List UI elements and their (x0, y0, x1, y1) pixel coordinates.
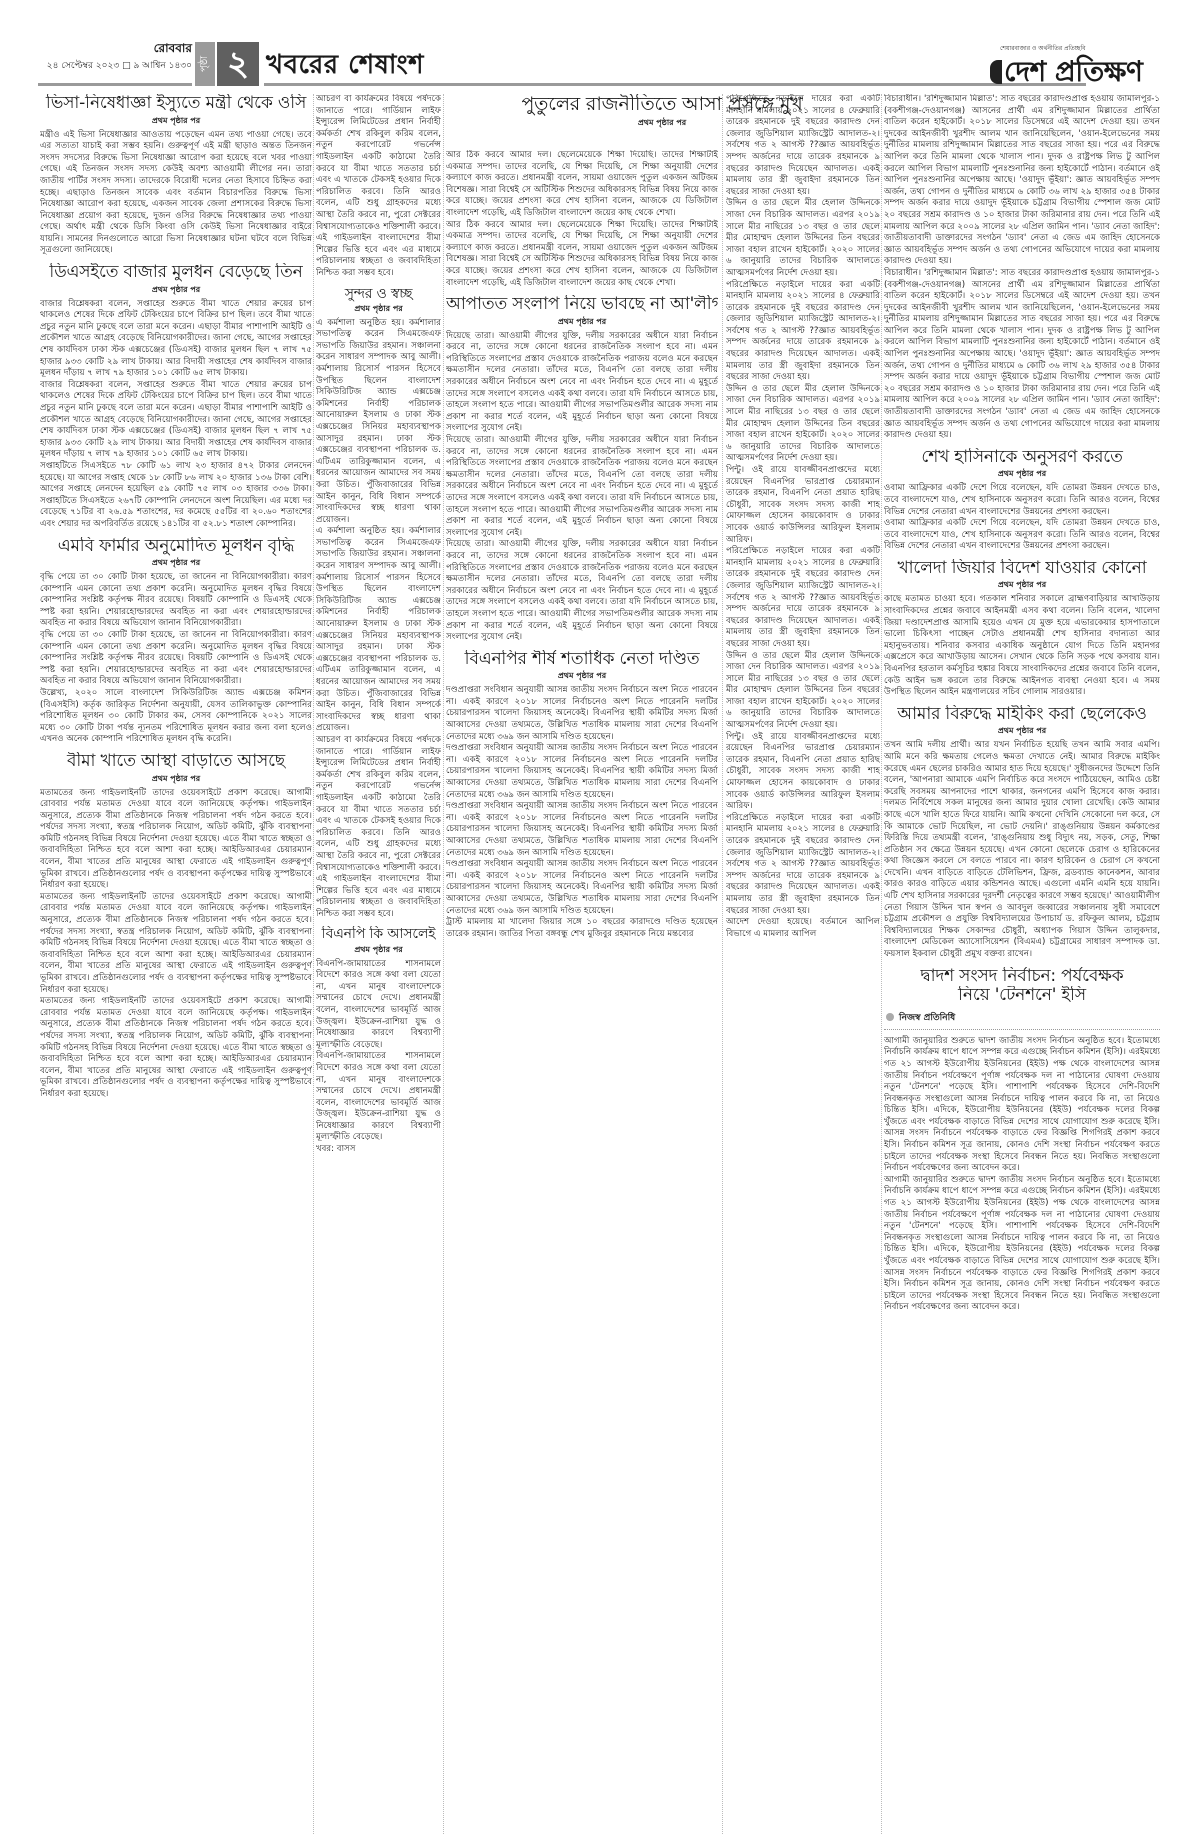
article-body: আগামী জানুয়ারির শুরুতে দ্বাদশ জাতীয় সং… (884, 1036, 1160, 1175)
column-right: বিচারাধীন। 'রশিদুজ্জামান মিল্লাত': সাত ব… (884, 94, 1160, 1834)
article-convicted-leaders-continued: বিচারাধীন। 'রশিদুজ্জামান মিল্লাত': সাত ব… (884, 94, 1160, 442)
headline: ভিসা-নিষেধাজ্ঞা ইস্যুতে মন্ত্রী থেকে ওসি (40, 94, 312, 114)
article-body-tail: সপ্তাহটিতে সিএসইতে ৭৮ কোটি ৬১ লাখ ২৩ হাজ… (40, 461, 312, 531)
article-body-continued: দণ্ডপ্রাপ্তরা সংবিধান অনুযায়ী আসন্ন জাত… (446, 743, 718, 801)
article-ec-observer-tension: দ্বাদশ সংসদ নির্বাচন: পর্যবেক্ষক নিয়ে '… (884, 967, 1160, 1314)
article-body: এ কর্মশালা অনুষ্ঠিত হয়। কর্মশালার সভাপত… (316, 318, 441, 527)
column-divider (313, 94, 314, 1834)
article-body-continued: দণ্ডপ্রাপ্তরা সংবিধান অনুযায়ী আসন্ন জাত… (446, 801, 718, 859)
article-body: বৃদ্ধি পেয়ে তা ৩০ কোটি টাকা হয়েছে, তা … (40, 572, 312, 630)
center-narrow-column: পরিপ্রেক্ষিতে নড়াইলে দায়ের করা একটি মা… (726, 94, 880, 1840)
masthead-rule-right (264, 83, 1086, 86)
article-body: দণ্ডপ্রাপ্তরা সংবিধান অনুযায়ী আসন্ন জাত… (446, 685, 718, 743)
article-body: আর ঠিক করবে আমার দল। ছেলেমেয়েকে শিক্ষা … (446, 150, 718, 220)
article-body: দিয়েছে তারা। আওয়ামী লীগের যুক্তি, দলীয… (446, 331, 718, 435)
headline: বীমা খাতে আস্থা বাড়াতে আসছে (40, 752, 312, 772)
article-bnp-convicted: বিএনপির শীর্ষ শতাধিক নেতা দণ্ডিত প্রথম প… (446, 650, 718, 941)
article-body-continued: আচরণ বা কার্যক্রমের বিষয়ে পর্ষদকে জানাত… (316, 735, 441, 921)
column-narrow: আচরণ বা কার্যক্রমের বিষয়ে পর্ষদকে জানাত… (316, 94, 441, 1834)
page-number-badge: ২ (217, 42, 259, 86)
article-body-continued: দিয়েছে তারা। আওয়ামী লীগের যুক্তি, দলীয… (446, 435, 718, 539)
article-body-continued: আগামী জানুয়ারির শুরুতে দ্বাদশ জাতীয় সং… (884, 1175, 1160, 1314)
headline: আপাতত সংলাপ নিয়ে ভাবছে না আ'লীগ (446, 295, 718, 315)
continued-label: প্রথম পৃষ্ঠার পর (40, 284, 312, 297)
continued-label: প্রথম পৃষ্ঠার পর (884, 579, 1160, 592)
article-follow-sheikh-hasina: শেখ হাসিনাকে অনুসরণ করতে প্রথম পৃষ্ঠার প… (884, 448, 1160, 553)
article-body: বিএনপি-জামায়াতের শাসনামলে বিদেশে কারও স… (316, 959, 441, 1052)
headline-line-2: নিয়ে 'টেনশনে' ইসি (884, 986, 1160, 1006)
article-body-continued: উদ্দিন ও তার ছেলে মীর হেলাল উদ্দিনকে সাজ… (726, 384, 880, 465)
headline: বিএনপি কি আসলেই (316, 926, 441, 942)
article-mb-pharma: এমবি ফার্মার অনুমোদিত মূলধন বৃদ্ধি প্রথম… (40, 537, 312, 746)
article-guardian-life: আচরণ বা কার্যক্রমের বিষয়ে পর্ষদকে জানাত… (316, 94, 441, 280)
column-divider (881, 94, 882, 1834)
news-credit: খবর: বাসস (316, 1144, 441, 1156)
continued-label: প্রথম পৃষ্ঠার পর (316, 303, 441, 316)
column-divider (443, 94, 444, 1834)
article-body-continued: মতামতের জন্য গাইডলাইনটি তাদের ওয়েবসাইটে… (40, 996, 312, 1100)
headline: খালেদা জিয়ার বিদেশ যাওয়ার কোনো (884, 559, 1160, 579)
article-body-continued: ওবামা আফ্রিকার একটি দেশে গিয়ে বলেছেন, য… (884, 518, 1160, 553)
newspaper-logo: দেশ প্রতিক্ষণ (990, 50, 1142, 97)
article-body-continued: বিচারাধীন। 'রশিদুজ্জামান মিল্লাত': সাত ব… (884, 268, 1160, 442)
article-body-continued: বৃদ্ধি পেয়ে তা ৩০ কোটি টাকা হয়েছে, তা … (40, 630, 312, 688)
article-body-continued: পিন্টু। ওই রায়ে যাবজ্জীবনপ্রাপ্তদের মধ্… (726, 465, 880, 546)
article-body-continued: পরিপ্রেক্ষিতে নড়াইলে দায়ের করা একটি মা… (726, 546, 880, 650)
masthead-rule-left (38, 83, 192, 86)
article-miking: আমার বিরুদ্ধে মাইকিং করা ছেলেকেও প্রথম প… (884, 705, 1160, 961)
article-body-continued: এ কর্মশালা অনুষ্ঠিত হয়। কর্মশালার সভাপত… (316, 526, 441, 735)
bullet-icon (886, 1013, 894, 1021)
article-body-tail: উল্লেখ্য, ২০২০ সালে বাংলাদেশ সিকিউরিটিজ … (40, 688, 312, 746)
page-label: পৃষ্ঠা (195, 42, 215, 86)
article-dse-market-cap: ডিএসইতে বাজার মুলধন বেড়েছে তিন প্রথম পৃ… (40, 263, 312, 530)
article-body: মন্ত্রীও এই ভিসা নিষেধাজ্ঞার আওতায় পড়ে… (40, 130, 312, 258)
headline-line-1: দ্বাদশ সংসদ নির্বাচন: পর্যবেক্ষক (884, 967, 1160, 987)
continued-label: প্রথম পৃষ্ঠার পর (40, 115, 312, 128)
center-wide-column: আর ঠিক করবে আমার দল। ছেলেমেয়েকে শিক্ষা … (446, 150, 718, 1840)
headline: আমার বিরুদ্ধে মাইকিং করা ছেলেকেও (884, 705, 1160, 725)
article-body-continued: আর ঠিক করবে আমার দল। ছেলেমেয়েকে শিক্ষা … (446, 220, 718, 290)
headline: বিএনপির শীর্ষ শতাধিক নেতা দণ্ডিত (446, 650, 718, 670)
column-left: ভিসা-নিষেধাজ্ঞা ইস্যুতে মন্ত্রী থেকে ওসি… (40, 94, 312, 1834)
article-body: কাছে মতামত চাওয়া হবে। গতকাল শনিবার সকাল… (884, 594, 1160, 698)
article-body-continued: পরিপ্রেক্ষিতে নড়াইলে দায়ের করা একটি মা… (726, 813, 880, 917)
headline: ডিএসইতে বাজার মুলধন বেড়েছে তিন (40, 263, 312, 283)
article-insurance-trust: বীমা খাতে আস্থা বাড়াতে আসছে প্রথম পৃষ্ঠ… (40, 752, 312, 1101)
masthead: রোববার ২৪ সেপ্টেম্বর ২০২৩ □ ৯ আশ্বিন ১৪৩… (0, 0, 1200, 90)
issue-date: ২৪ সেপ্টেম্বর ২০২৩ □ ৯ আশ্বিন ১৪৩০ (20, 58, 192, 73)
article-body-continued: পিন্টু। ওই রায়ে যাবজ্জীবনপ্রাপ্তদের মধ্… (726, 732, 880, 813)
article-visa-ban: ভিসা-নিষেধাজ্ঞা ইস্যুতে মন্ত্রী থেকে ওসি… (40, 94, 312, 257)
continued-label: প্রথম পৃষ্ঠার পর (316, 944, 441, 957)
continued-label: প্রথম পৃষ্ঠার পর (884, 468, 1160, 481)
headline: সুন্দর ও স্বচ্ছ (316, 286, 441, 302)
article-body: বাজার বিশ্লেষকরা বলেন, সপ্তাহের শুরুতে ব… (40, 299, 312, 380)
article-body-continued: উদ্দিন ও তার ছেলে মীর হেলাল উদ্দিনকে সাজ… (726, 651, 880, 732)
continued-label: প্রথম পৃষ্ঠার পর (40, 773, 312, 786)
article-body-continued: বাজার বিশ্লেষকরা বলেন, সপ্তাহের শুরুতে ব… (40, 380, 312, 461)
continued-label: প্রথম পৃষ্ঠার পর (446, 670, 718, 683)
article-body: মতামতের জন্য গাইডলাইনটি তাদের ওয়েবসাইটে… (40, 788, 312, 892)
issue-day: রোববার (40, 40, 192, 60)
continued-label: প্রথম পৃষ্ঠার পর (40, 557, 312, 570)
article-body-continued: বিএনপি-জামায়াতের শাসনামলে বিদেশে কারও স… (316, 1051, 441, 1144)
article-body-continued: দিয়েছে তারা। আওয়ামী লীগের যুক্তি, দলীয… (446, 539, 718, 643)
continued-label: প্রথম পৃষ্ঠার পর (884, 725, 1160, 738)
article-body: পরিপ্রেক্ষিতে নড়াইলে দায়ের করা একটি মা… (726, 94, 880, 198)
logo-mark-icon (990, 60, 1002, 84)
article-body: বিচারাধীন। 'রশিদুজ্জামান মিল্লাত': সাত ব… (884, 94, 1160, 268)
article-khaleda-abroad: খালেদা জিয়ার বিদেশ যাওয়ার কোনো প্রথম প… (884, 559, 1160, 699)
article-body-continued: পরিপ্রেক্ষিতে নড়াইলে দায়ের করা একটি মা… (726, 280, 880, 384)
article-body: তখন আমি দলীয় প্রার্থী। আর যখন নির্বাচিত… (884, 740, 1160, 960)
article-body: ওবামা আফ্রিকার একটি দেশে গিয়ে বলেছেন, য… (884, 483, 1160, 518)
article-body-tail: ট্রাস্ট মামলায় মা খালেদা জিয়ার সঙ্গে ১… (446, 917, 718, 940)
article-body: আচরণ বা কার্যক্রমের বিষয়ে পর্ষদকে জানাত… (316, 94, 441, 280)
article-body-continued: মতামতের জন্য গাইডলাইনটি তাদের ওয়েবসাইটে… (40, 892, 312, 996)
logo-text: দেশ প্রতিক্ষণ (1004, 55, 1142, 88)
continued-label: প্রথম পৃষ্ঠার পর (446, 316, 718, 329)
article-body-continued: দণ্ডপ্রাপ্তরা সংবিধান অনুযায়ী আসন্ন জাত… (446, 859, 718, 917)
article-clean-transparent: সুন্দর ও স্বচ্ছ প্রথম পৃষ্ঠার পর এ কর্মশ… (316, 286, 441, 921)
byline-text: নিজস্ব প্রতিনিধি (899, 1013, 955, 1023)
article-bnp-really: বিএনপি কি আসলেই প্রথম পৃষ্ঠার পর বিএনপি-… (316, 926, 441, 1155)
byline: নিজস্ব প্রতিনিধি (886, 1010, 1160, 1025)
article-awami-dialogue: আপাতত সংলাপ নিয়ে ভাবছে না আ'লীগ প্রথম প… (446, 295, 718, 644)
byline-divider (884, 1029, 1160, 1030)
article-body-continued: উদ্দিন ও তার ছেলে মীর হেলাল উদ্দিনকে সাজ… (726, 198, 880, 279)
section-title: খবরের শেষাংশ (266, 44, 424, 88)
headline: শেখ হাসিনাকে অনুসরণ করতে (884, 448, 1160, 468)
headline: এমবি ফার্মার অনুমোদিত মূলধন বৃদ্ধি (40, 537, 312, 557)
article-body-tail: আদেশ দেওয়া হয়েছে। বর্তমানে আপিল বিভাগে… (726, 917, 880, 940)
